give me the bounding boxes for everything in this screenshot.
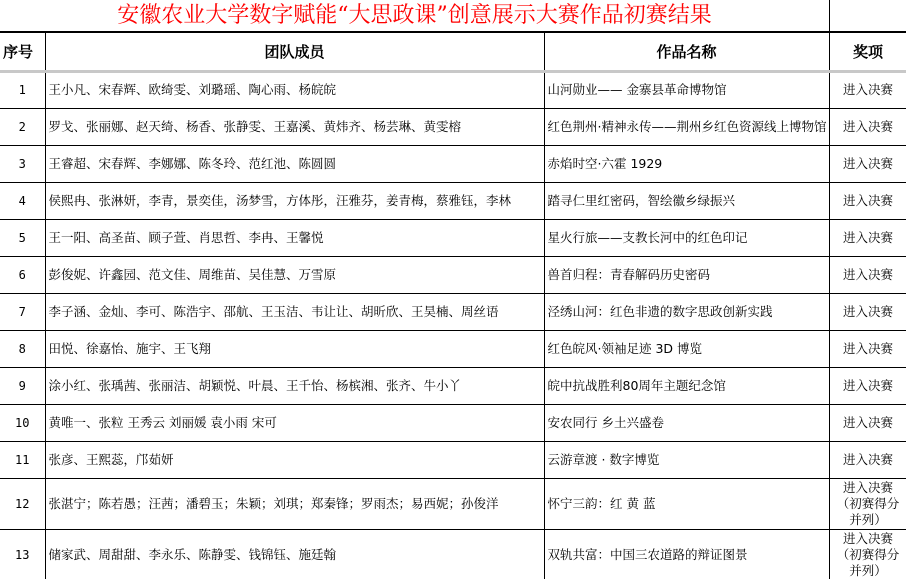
page-title: 安徽农业大学数字赋能“大思政课”创意展示大赛作品初赛结果 bbox=[0, 0, 829, 31]
table-row: 2 罗戈、张丽娜、赵天绮、杨香、张静雯、王嘉溪、黄炜齐、杨芸琳、黄雯榕 红色荆州… bbox=[0, 108, 906, 145]
row-work: 安农同行 乡土兴盛卷 bbox=[544, 404, 829, 441]
row-award: 进入决赛（初赛得分并列） bbox=[829, 529, 906, 579]
header-award: 奖项 bbox=[829, 33, 906, 71]
row-members: 李子涵、金灿、李可、陈浩宇、邵航、王玉洁、韦让让、胡昕欣、王昊楠、周丝语 bbox=[45, 293, 544, 330]
row-work: 星火行旅——支教长河中的红色印记 bbox=[544, 219, 829, 256]
row-work: 皖中抗战胜利80周年主题纪念馆 bbox=[544, 367, 829, 404]
table-row: 12 张湛宁；陈若愚；汪茜；潘碧玉；朱颖；刘琪；郑秦锋；罗雨杰；易西妮；孙俊洋 … bbox=[0, 478, 906, 529]
row-award: 进入决赛 bbox=[829, 367, 906, 404]
row-award: 进入决赛 bbox=[829, 145, 906, 182]
row-work: 红色皖风·领袖足迹 3D 博览 bbox=[544, 330, 829, 367]
row-members: 罗戈、张丽娜、赵天绮、杨香、张静雯、王嘉溪、黄炜齐、杨芸琳、黄雯榕 bbox=[45, 108, 544, 145]
table-row: 11 张彦、王熙蕊，邝茹妍 云游章渡 · 数字博览 进入决赛 bbox=[0, 441, 906, 478]
row-award: 进入决赛 bbox=[829, 330, 906, 367]
row-index: 9 bbox=[0, 367, 45, 404]
row-work: 泾绣山河：红色非遗的数字思政创新实践 bbox=[544, 293, 829, 330]
table-row: 1 王小凡、宋春辉、欧绮雯、刘璐瑶、陶心雨、杨皖皖 山河勋业—— 金寨县革命博物… bbox=[0, 71, 906, 108]
row-members: 王睿超、宋春辉、李娜娜、陈冬玲、范红池、陈圆圆 bbox=[45, 145, 544, 182]
results-table: 序号 团队成员 作品名称 奖项 1 王小凡、宋春辉、欧绮雯、刘璐瑶、陶心雨、杨皖… bbox=[0, 33, 906, 579]
row-award: 进入决赛 bbox=[829, 441, 906, 478]
row-index: 1 bbox=[0, 71, 45, 108]
row-work: 山河勋业—— 金寨县革命博物馆 bbox=[544, 71, 829, 108]
row-award: 进入决赛 bbox=[829, 256, 906, 293]
row-members: 王小凡、宋春辉、欧绮雯、刘璐瑶、陶心雨、杨皖皖 bbox=[45, 71, 544, 108]
row-award: 进入决赛 bbox=[829, 71, 906, 108]
table-row: 13 储家武、周甜甜、李永乐、陈静雯、钱锦钰、施廷翰 双轨共富：中国三农道路的辩… bbox=[0, 529, 906, 579]
table-row: 3 王睿超、宋春辉、李娜娜、陈冬玲、范红池、陈圆圆 赤焰时空·六霍 1929 进… bbox=[0, 145, 906, 182]
table-row: 6 彭俊妮、许鑫园、范文佳、周维苗、吴佳慧、万雪原 兽首归程：青春解码历史密码 … bbox=[0, 256, 906, 293]
row-work: 怀宁三韵：红 黄 蓝 bbox=[544, 478, 829, 529]
row-index: 4 bbox=[0, 182, 45, 219]
header-members: 团队成员 bbox=[45, 33, 544, 71]
table-row: 7 李子涵、金灿、李可、陈浩宇、邵航、王玉洁、韦让让、胡昕欣、王昊楠、周丝语 泾… bbox=[0, 293, 906, 330]
title-divider bbox=[829, 0, 830, 33]
row-members: 张湛宁；陈若愚；汪茜；潘碧玉；朱颖；刘琪；郑秦锋；罗雨杰；易西妮；孙俊洋 bbox=[45, 478, 544, 529]
row-award: 进入决赛 bbox=[829, 404, 906, 441]
header-work: 作品名称 bbox=[544, 33, 829, 71]
row-award: 进入决赛（初赛得分并列） bbox=[829, 478, 906, 529]
row-members: 田悦、徐嘉怡、施宇、王飞翔 bbox=[45, 330, 544, 367]
table-row: 10 黄唯一、张粒 王秀云 刘丽媛 袁小雨 宋可 安农同行 乡土兴盛卷 进入决赛 bbox=[0, 404, 906, 441]
row-members: 涂小红、张瑀茜、张丽洁、胡颖悦、叶晨、王千怡、杨槟湘、张齐、牛小丫 bbox=[45, 367, 544, 404]
table-row: 8 田悦、徐嘉怡、施宇、王飞翔 红色皖风·领袖足迹 3D 博览 进入决赛 bbox=[0, 330, 906, 367]
row-index: 13 bbox=[0, 529, 45, 579]
row-members: 黄唯一、张粒 王秀云 刘丽媛 袁小雨 宋可 bbox=[45, 404, 544, 441]
row-index: 6 bbox=[0, 256, 45, 293]
header-index: 序号 bbox=[0, 33, 45, 71]
row-award: 进入决赛 bbox=[829, 219, 906, 256]
row-award: 进入决赛 bbox=[829, 293, 906, 330]
row-index: 12 bbox=[0, 478, 45, 529]
row-index: 10 bbox=[0, 404, 45, 441]
row-award: 进入决赛 bbox=[829, 182, 906, 219]
row-work: 红色荆州·精神永传——荆州乡红色资源线上博物馆 bbox=[544, 108, 829, 145]
row-index: 3 bbox=[0, 145, 45, 182]
row-members: 侯熙冉、张淋妍，李青，景奕佳，汤梦雪，方体彤，汪雅芬，姜青梅，蔡雅钰，李林 bbox=[45, 182, 544, 219]
header-row: 序号 团队成员 作品名称 奖项 bbox=[0, 33, 906, 71]
row-work: 赤焰时空·六霍 1929 bbox=[544, 145, 829, 182]
row-award: 进入决赛 bbox=[829, 108, 906, 145]
row-index: 7 bbox=[0, 293, 45, 330]
row-index: 8 bbox=[0, 330, 45, 367]
title-row: 安徽农业大学数字赋能“大思政课”创意展示大赛作品初赛结果 bbox=[0, 0, 906, 33]
row-members: 彭俊妮、许鑫园、范文佳、周维苗、吴佳慧、万雪原 bbox=[45, 256, 544, 293]
table-row: 5 王一阳、高圣苗、顾子萱、肖思哲、李冉、王馨悦 星火行旅——支教长河中的红色印… bbox=[0, 219, 906, 256]
row-index: 11 bbox=[0, 441, 45, 478]
row-members: 张彦、王熙蕊，邝茹妍 bbox=[45, 441, 544, 478]
row-index: 2 bbox=[0, 108, 45, 145]
table-row: 4 侯熙冉、张淋妍，李青，景奕佳，汤梦雪，方体彤，汪雅芬，姜青梅，蔡雅钰，李林 … bbox=[0, 182, 906, 219]
row-work: 双轨共富：中国三农道路的辩证图景 bbox=[544, 529, 829, 579]
table-row: 9 涂小红、张瑀茜、张丽洁、胡颖悦、叶晨、王千怡、杨槟湘、张齐、牛小丫 皖中抗战… bbox=[0, 367, 906, 404]
row-members: 储家武、周甜甜、李永乐、陈静雯、钱锦钰、施廷翰 bbox=[45, 529, 544, 579]
row-work: 云游章渡 · 数字博览 bbox=[544, 441, 829, 478]
row-work: 兽首归程：青春解码历史密码 bbox=[544, 256, 829, 293]
row-index: 5 bbox=[0, 219, 45, 256]
row-members: 王一阳、高圣苗、顾子萱、肖思哲、李冉、王馨悦 bbox=[45, 219, 544, 256]
row-work: 踏寻仁里红密码，智绘徽乡绿振兴 bbox=[544, 182, 829, 219]
